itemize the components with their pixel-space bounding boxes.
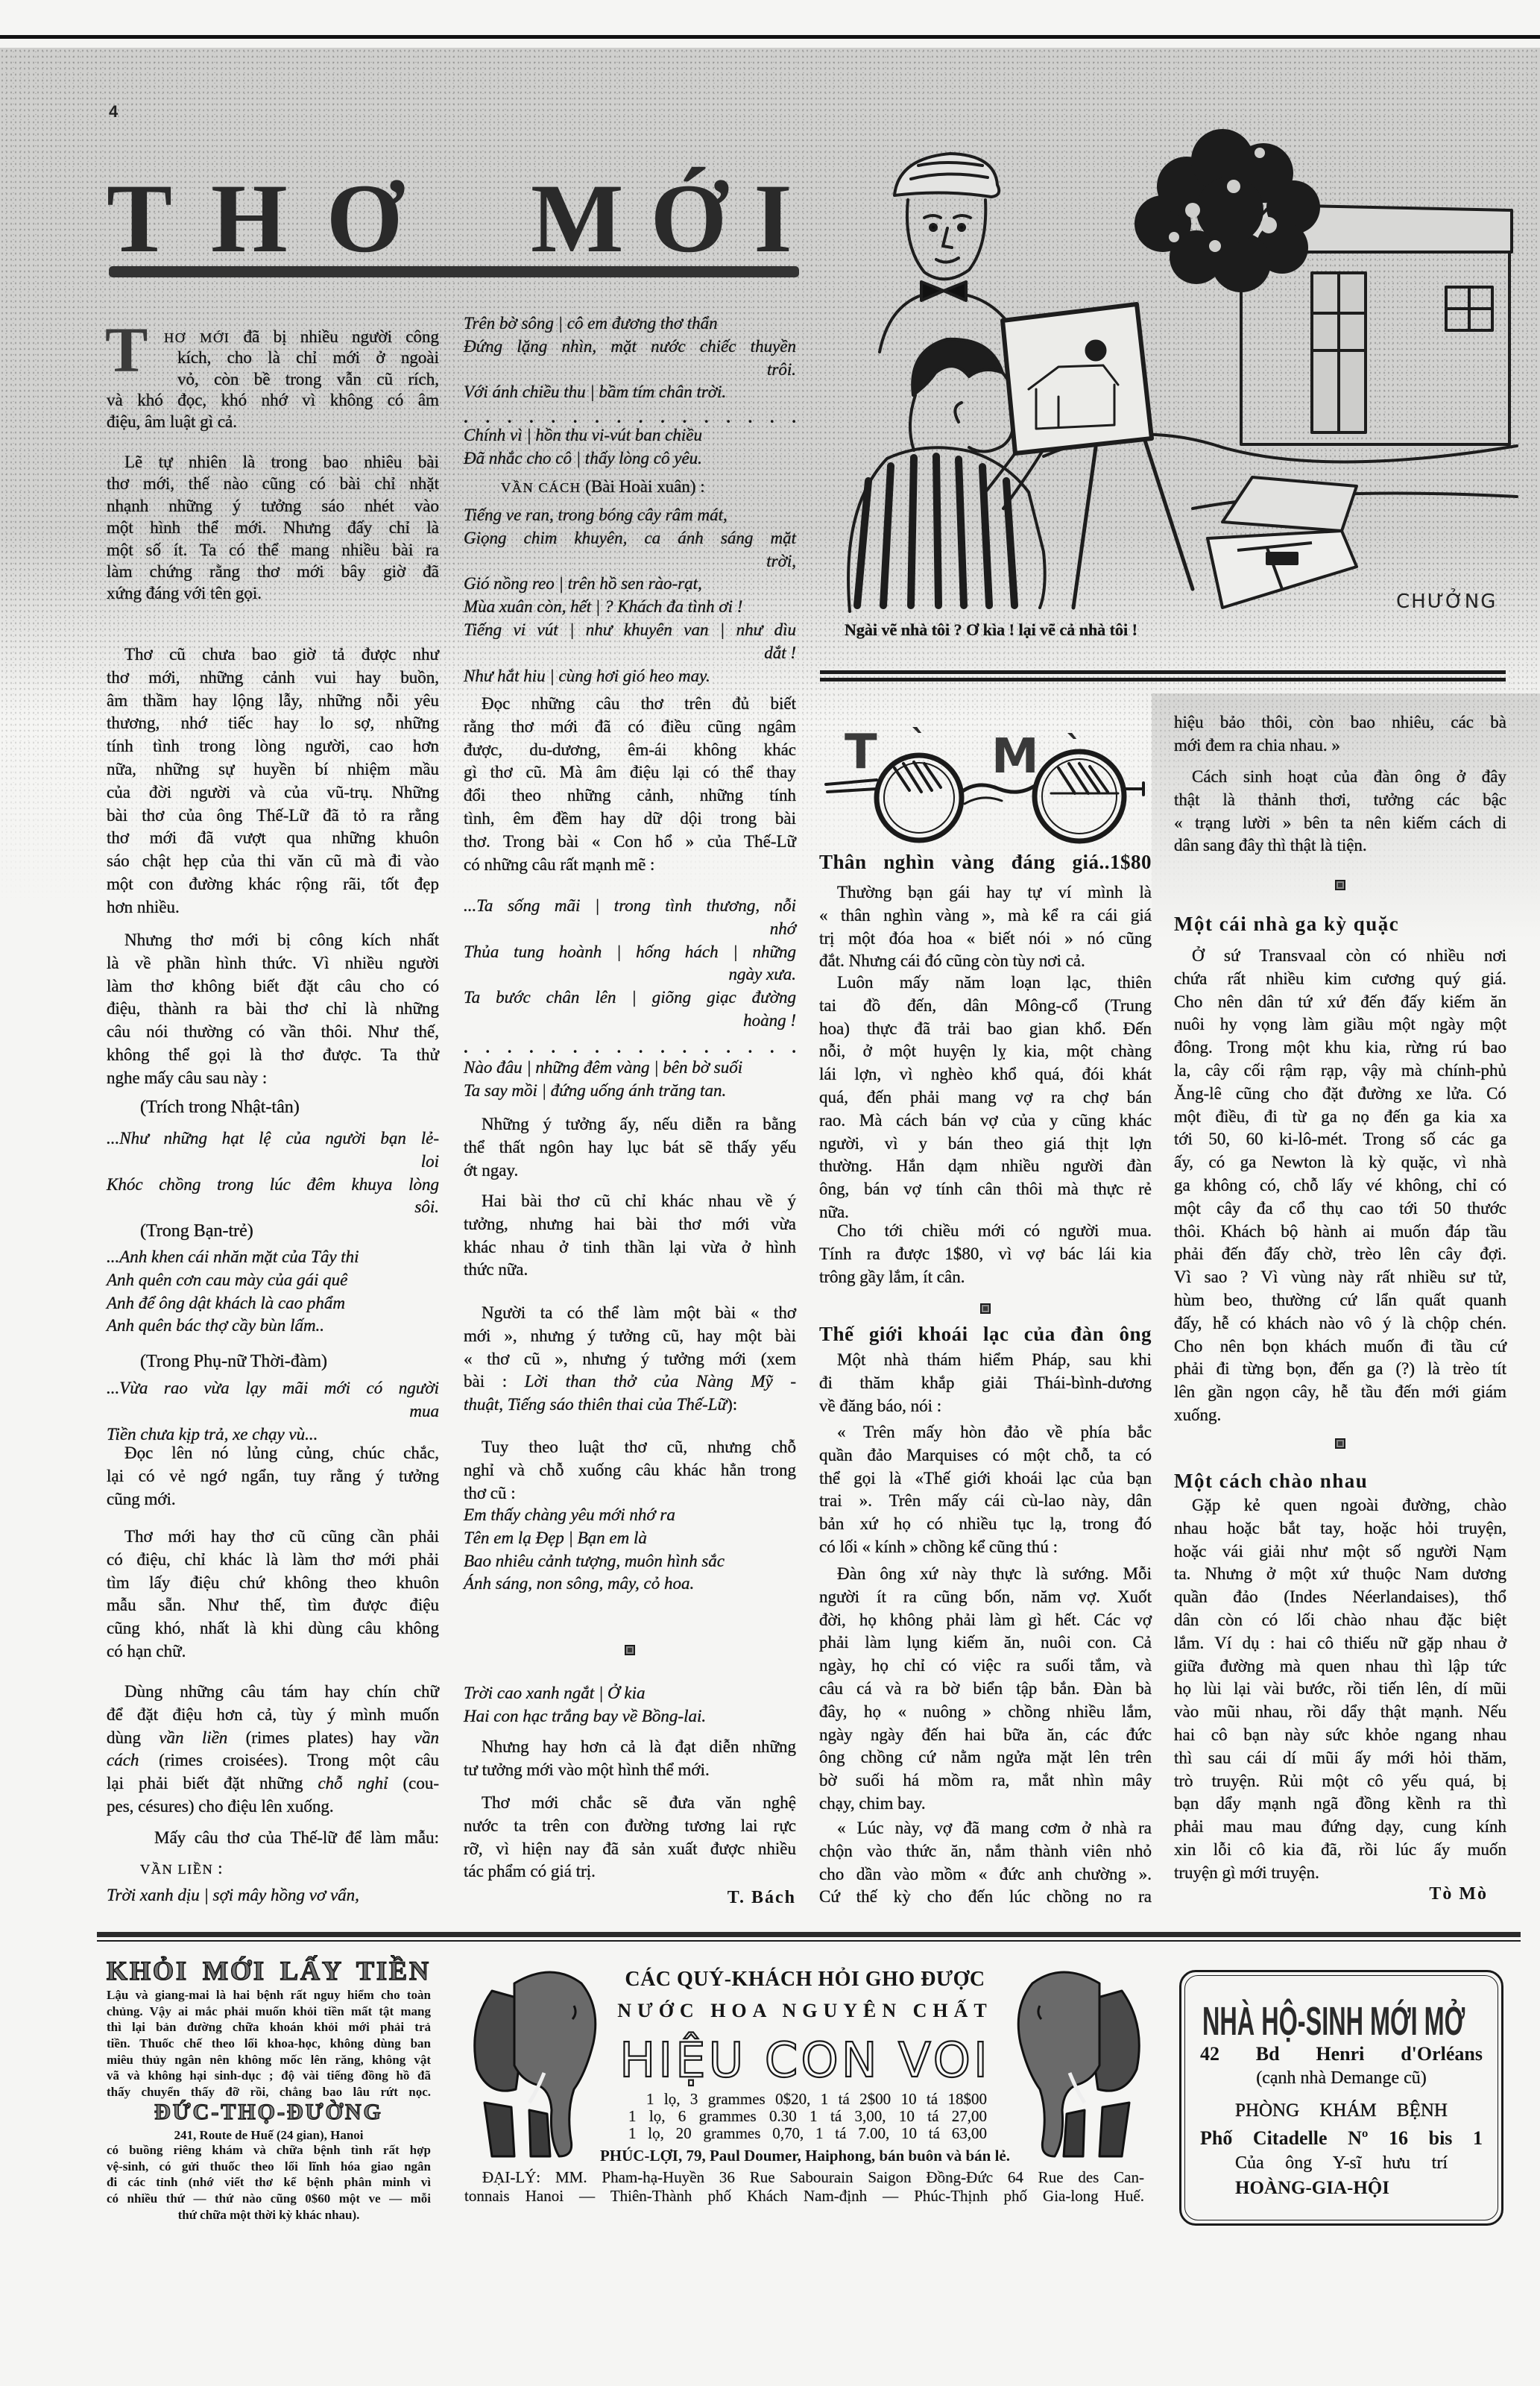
text-line: vỏ, còn bề trong vẫn cũ rích,: [107, 369, 439, 390]
paragraph: Đọc lên nó lủng củng, chúc chắc,lại có v…: [107, 1442, 439, 1511]
italic-run: vần: [414, 1728, 439, 1747]
text-run: ):: [727, 1395, 737, 1414]
verse-line: Đã nhắc cho cô | thấy lòng cô yêu.: [464, 447, 796, 470]
ad-details: có buồng riêng khám và chữa bệnh tình rấ…: [107, 2142, 431, 2223]
text-line: ga không có, chỗ lấy vé không, chỉ có: [1174, 1174, 1506, 1197]
text-line: nước ta trên con đường tương lai rực: [464, 1815, 796, 1838]
text-line: trị một đóa hoa « biết nói » nó cũng: [819, 928, 1152, 951]
text-line: làm chứng rằng thơ mới bây giờ đã: [107, 561, 439, 582]
paragraph: Nhưng thơ mới bị công kích nhấtlà về phầ…: [107, 929, 439, 1090]
text-line: nghe mấy câu sau này :: [107, 1067, 439, 1090]
text-line: phải làm lụng kiếm ăn, nuôi con. Cả: [819, 1631, 1152, 1655]
paragraph: Nhưng hay hơn cả là đạt diễn nhữngtư tưở…: [464, 1736, 796, 1782]
text-line: để đặt điệu hơn cả, tùy ý mình muốn: [107, 1704, 439, 1727]
smallcaps-run: VẦN CÁCH: [501, 480, 581, 495]
poem-source: (Trong Phụ-nữ Thời-đàm): [107, 1350, 439, 1373]
text-line: về đăng báo, nói :: [819, 1395, 1152, 1418]
text-line: Vì sao ? Vì vùng này rất nhiều sư tử,: [1174, 1266, 1506, 1289]
text-line: Thường bạn gái hay tự ví mình là: [819, 881, 1152, 904]
paragraph: Thơ mới hay thơ cũ cũng cần phảicó điệu,…: [107, 1526, 439, 1663]
text-line: cũng khó, nhất là khi dùng câu không: [107, 1617, 439, 1640]
text-line: làm thơ không biết đặt câu cho có: [107, 975, 439, 998]
text-line: « thân nghìn vàng », mà kể ra cái giá: [819, 904, 1152, 928]
italic-run: thuật, Tiếng sáo thiên thai của Thế-Lữ: [464, 1395, 727, 1414]
text-line: chủng. Vậy ai mắc phải muốn khỏi tiền mấ…: [107, 2003, 431, 2020]
verse-line: Mùa xuân còn, hết | ? Khách đa tình ơi !: [464, 596, 796, 619]
text-run: :: [213, 1859, 222, 1877]
paragraph: Thơ cũ chưa bao giờ tả được nhưthơ mới, …: [107, 643, 439, 919]
paragraph: Mấy câu thơ của Thế-lữ để làm mẫu:: [107, 1827, 439, 1850]
text-line: thơ cũ :: [464, 1482, 796, 1505]
text-line: Gặp kẻ quen ngoài đường, chào: [1174, 1494, 1506, 1517]
smallcaps-run: HƠ MỚI: [164, 330, 230, 345]
ad-address: 241, Route de Huế (24 gian), Hanoi: [107, 2127, 431, 2144]
text-line: thể gọi là «Thế giới khoái lạc của bạn: [819, 1467, 1152, 1491]
text-line: ông chồng cứ nằm ngửa mặt lên trên: [819, 1746, 1152, 1769]
text-line: pes, césures) cho điệu lên xuống.: [107, 1795, 439, 1819]
text-line: tính tình trong lòng người, cao hơn: [107, 735, 439, 758]
text-line: người ít ra cũng bốn, năm vợ. Xuốt: [819, 1586, 1152, 1609]
paragraph: HƠ MỚI đã bị nhiều người côngkích, cho l…: [107, 327, 439, 432]
text-line: một số ít. Ta có thể mang nhiều bài ra: [107, 539, 439, 561]
verse-wrap: trôi.: [464, 359, 796, 382]
text-run: bài :: [464, 1372, 525, 1391]
text-line: thức nữa.: [464, 1259, 796, 1282]
ad-khoi-moi-lay-tien: KHỎI MỚI LẤY TIỀN Lậu và giang-mai là ha…: [107, 1942, 431, 2241]
verse-line: ...Như những hạt lệ của người bạn lẻ-: [107, 1127, 439, 1150]
text-line: phải đi từng bọn, đến ga (?) là trèo tít: [1174, 1358, 1506, 1381]
text-line: thì lại bản đường chữa khoán khỏi mới ph…: [107, 2019, 431, 2036]
verse-line: Trên bờ sông | cô em đương thơ thẩn: [464, 312, 796, 336]
verse-line: Khóc chồng trong lúc đêm khuya lòng: [107, 1174, 439, 1197]
paragraph: « Trên mấy hòn đảo về phía bắcquần đảo M…: [819, 1421, 1152, 1559]
text-line: đi thăm khắp giải Thái-bình-dương: [819, 1372, 1152, 1395]
text-line: Dùng những câu tám hay chín chữ: [107, 1681, 439, 1704]
text-run: đã bị nhiều người công: [230, 327, 439, 346]
text-line: hoặc vái giải như một số người Nạm: [1174, 1540, 1506, 1564]
text-line: thương, nhớ tiếc hay lo sợ, những: [107, 712, 439, 735]
text-line: đắt. Nhưng cái đó cũng còn tùy nơi cả.: [819, 950, 1152, 973]
text-line: dùng vần liền (rimes plates) hay vần: [107, 1727, 439, 1750]
text-line: kích, cho là chỉ mới ở ngoài: [107, 347, 439, 368]
italic-run: vần liền: [159, 1728, 227, 1747]
text-line: Mấy câu thơ của Thế-lữ để làm mẫu:: [107, 1827, 439, 1850]
text-line: Cho nên bọn khách muốn đi tầu cứ: [1174, 1335, 1506, 1359]
text-line: tư tưởng mới vào một hình thể mới.: [464, 1759, 796, 1782]
section-heading: Một cách chào nhau: [1174, 1468, 1506, 1493]
text-line: lên gần ngọn cây, hễ tầu đến mới giám: [1174, 1381, 1506, 1404]
paragraph: Luôn mấy năm loạn lạc, thiêntai đồ đến, …: [819, 972, 1152, 1224]
text-line: bờ suối há mồm ra, mắt nhìn mây: [819, 1769, 1152, 1792]
ornament-icon: [980, 1303, 991, 1314]
ad-brand: ĐỨC-THỌ-ĐƯỜNG: [107, 2100, 431, 2125]
section-heading: Thế giới khoái lạc của đàn ông: [819, 1321, 1152, 1347]
paragraph: Những ý tưởng ấy, nếu diễn ra bằngthể th…: [464, 1113, 796, 1182]
verse-wrap: sôi.: [107, 1196, 439, 1219]
text-line: thôi. Khách bộ hành ai muốn đáp tầu: [1174, 1221, 1506, 1244]
ads-rule-thin: [97, 1940, 1521, 1942]
poem-source: (Trích trong Nhật-tân): [107, 1096, 439, 1119]
verse-line: Với ánh chiều thu | bầm tím chân trời.: [464, 381, 796, 404]
verse-line: Thủa tung hoành | hống hách | những: [464, 941, 796, 964]
verse-line: Ta say mồi | đứng uống ánh trăng tan.: [464, 1080, 796, 1103]
text-line: nhau hoặc bắt tay, hoặc hỏi truyện,: [1174, 1517, 1506, 1540]
text-line: một cây đa cổ thụ cao tới 50 thước: [1174, 1197, 1506, 1221]
text-line: ấy, có ga Newton là kỳ quặc, vì nhà: [1174, 1151, 1506, 1174]
text-line: nữa, những sự huyền bí nhiệm mầu: [107, 758, 439, 781]
text-line: 1 lọ, 3 grammes 0$20, 1 tá 2$00 10 tá 18…: [628, 2091, 987, 2108]
text-line: vệ-sinh, có gửi thuốc theo lối lĩnh hóa …: [107, 2159, 431, 2175]
verse-line: Em thấy chàng yêu mới nhớ ra: [464, 1504, 796, 1527]
text-line: bài thơ của ông Thế-Lữ đã tỏ ra rằng: [107, 805, 439, 828]
text-line: Tuy theo luật thơ cũ, nhưng chỗ: [464, 1436, 796, 1459]
text-line: có những câu rất mạnh mẽ :: [464, 854, 796, 877]
verse-line: Như hắt hiu | cùng hơi gió heo may.: [464, 665, 796, 688]
ad-owner: HOÀNG-GIA-HỘI: [1235, 2177, 1448, 2200]
text-line: lái lợn, vì nghèo khổ quá, đói khát: [819, 1063, 1152, 1086]
verse-line: Đứng lặng nhìn, mặt nước chiếc thuyền: [464, 336, 796, 359]
text-line: chạy, chim bay.: [819, 1792, 1152, 1816]
text-line: phải mau mau đứng dạy, cung kính: [1174, 1816, 1506, 1839]
verse-line: Tên em lạ Đẹp | Bạn em là: [464, 1527, 796, 1550]
ad-address-note: (cạnh nhà Demange cũ): [1179, 2067, 1503, 2089]
verse-line: Trời cao xanh ngắt | Ở kia: [464, 1682, 796, 1705]
text-line: thể thất ngôn hay lục bát sẽ thấy yếu: [464, 1136, 796, 1159]
text-line: đấy, hễ có khách nào vô ý là chộp chén.: [1174, 1312, 1506, 1335]
paragraph: « Lúc này, vợ đã mang cơm ở nhà rachộn v…: [819, 1817, 1152, 1909]
text-line: cho dần vào mồm « đức anh chường ».: [819, 1863, 1152, 1886]
text-line: câu cá và ra bờ biển tập bắn. Đàn bà: [819, 1678, 1152, 1701]
text-run: (cou-: [388, 1774, 440, 1792]
verse-line: Bao nhiêu cảnh tượng, muôn hình sắc: [464, 1550, 796, 1573]
paragraph: Một nhà thám hiểm Pháp, sau khiđi thăm k…: [819, 1349, 1152, 1417]
ornament-icon: [1335, 1438, 1345, 1449]
verse-line: Ta bước chân lên | giõng giạc đường: [464, 986, 796, 1010]
text-run: (rimes plates) hay: [227, 1728, 414, 1747]
text-line: rỡ, vì hiện nay đã sản xuất được nhiều: [464, 1838, 796, 1861]
verse-line: Anh quên bác thợ cầy bùn lấm..: [107, 1315, 439, 1338]
text-line: một điều, đi từ ga nọ đến ga kia xa: [1174, 1106, 1506, 1129]
verse-line: Gió nồng reo | trên hồ sen rào-rạt,: [464, 573, 796, 596]
text-line: hai cô bạn này sức khỏe ngang nhau: [1174, 1724, 1506, 1747]
text-line: Cho nên dân tứ xứ đến đấy kiếm ăn: [1174, 991, 1506, 1014]
text-line: « Lúc này, vợ đã mang cơm ở nhà ra: [819, 1817, 1152, 1840]
text-line: Tính ra được 1$80, vì vợ bác lái kia: [819, 1243, 1152, 1266]
text-line: trò truyện. Rủi một cô yếu quá, bị: [1174, 1770, 1506, 1793]
author-signature: T. Bách: [464, 1886, 796, 1910]
ad-body: Lậu và giang-mai là hai bệnh rất nguy hi…: [107, 1987, 431, 2100]
text-line: ta. Nhưng ở một xứ thuộc Nam dương: [1174, 1563, 1506, 1586]
text-line: quần đảo Marquises có một chỗ, ta có: [819, 1444, 1152, 1467]
text-line: đổi theo những cảnh, những tính: [464, 784, 796, 808]
text-run: dùng: [107, 1728, 159, 1747]
text-line: VẦN LIỀN :: [107, 1857, 439, 1880]
italic-run: cách: [107, 1751, 139, 1769]
text-line: thì sau cái dí mũi ấy mới hỏi thăm,: [1174, 1747, 1506, 1770]
text-line: điệu, âm luật gì cả.: [107, 412, 439, 432]
rhyme-label: VẦN CÁCH (Bài Hoài xuân) :: [464, 476, 796, 499]
ad-hieu-con-voi: CÁC QUÝ-KHÁCH HỎI GHO ĐƯỢC NƯỚC HOA NGUY…: [462, 1942, 1148, 2241]
text-line: mới », nhưng ý tưởng cũ, hay một bài: [464, 1325, 796, 1348]
text-line: truyện gì mới truyện.: [1174, 1862, 1506, 1885]
text-line: nuôi hy vọng làm giầu một ngày một: [1174, 1013, 1506, 1036]
poem: Nào đâu | những đêm vàng | bên bờ suốiTa…: [464, 1057, 796, 1103]
text-line: xin lỗi cô kia đã, rồi lúc ấy muốn: [1174, 1839, 1506, 1862]
verse-wrap: loi: [107, 1150, 439, 1174]
verse-wrap: dắt !: [464, 642, 796, 665]
text-line: quần đảo (Indes Néerlandaises), thổ: [1174, 1586, 1506, 1609]
text-line: 1 lọ, 6 grammes 0.30 1 tá 3,00, 10 tá 27…: [628, 2108, 987, 2125]
poem: Trời xanh dịu | sợi mây hồng vơ vẩn,: [107, 1884, 439, 1907]
poem: Chính vì | hồn thu vi-vút ban chiềuĐã nh…: [464, 424, 796, 470]
paragraph: Dùng những câu tám hay chín chữđể đặt đi…: [107, 1681, 439, 1819]
text-line: Một nhà thám hiểm Pháp, sau khi: [819, 1349, 1152, 1372]
text-line: Luôn mấy năm loạn lạc, thiên: [819, 972, 1152, 995]
text-line: thơ mới, những cảnh vui hay buồn,: [107, 667, 439, 690]
text-line: Cứ thế kỳ cho đến lúc chồng no ra: [819, 1886, 1152, 1909]
text-line: mẫu sẵn. Như thế, tìm được điệu: [107, 1594, 439, 1617]
verse-line: Tiếng ve ran, trong bóng cây râm mát,: [464, 504, 796, 527]
text-line: lại có vẻ ngớ ngẩn, tuy rằng ý tưởng: [107, 1465, 439, 1488]
text-line: hơn nhiều.: [107, 896, 439, 919]
text-line: tai đồ đến, dân Mông-cổ (Trung: [819, 995, 1152, 1018]
ad-seller: PHÚC-LỢI, 79, Paul Doumer, Haiphong, bán…: [462, 2147, 1148, 2165]
text-line: và khó đọc, khó nhớ vì không có âm: [107, 390, 439, 411]
italic-run: Lời than thở của Nàng Mỹ -: [525, 1372, 796, 1391]
verse-wrap: ngày xưa.: [464, 963, 796, 986]
text-line: Cho tới chiều mới có người mua.: [819, 1220, 1152, 1243]
text-line: thật là thảnh thơi, tưởng các bậc: [1174, 789, 1506, 812]
text-line: thuật, Tiếng sáo thiên thai của Thế-Lữ):: [464, 1394, 796, 1417]
text-line: xuống.: [1174, 1404, 1506, 1427]
text-line: vã và không hại sinh-dục ; độ vài tiếng …: [107, 2068, 431, 2084]
text-line: vào mũi nhau, rồi dẩy thật mạnh. Nếu: [1174, 1701, 1506, 1724]
paragraph: Tuy theo luật thơ cũ, nhưng chỗnghỉ và c…: [464, 1436, 796, 1505]
verse-line: Anh để ông dật khách là cao phẩm: [107, 1292, 439, 1315]
verse-line: ...Vừa rao vừa lạy mãi mới có người: [107, 1377, 439, 1400]
text-line: Đọc những câu thơ trên đủ biết: [464, 693, 796, 716]
ad-title: NHÀ HỘ-SINH MỚI MỞ: [1202, 2001, 1465, 2042]
text-line: Người ta có thể làm một bài « thơ: [464, 1302, 796, 1325]
ad-address: 42 Bd Henri d'Orléans: [1200, 2043, 1483, 2065]
verse-wrap: hoàng !: [464, 1010, 796, 1033]
text-line: ngày ngày đến hai bữa ăn, các đức: [819, 1724, 1152, 1747]
text-line: Nhưng thơ mới bị công kích nhất: [107, 929, 439, 952]
text-line: thường. Hắn dạm nhiều người đàn: [819, 1155, 1152, 1178]
paragraph: hiệu bảo thôi, còn bao nhiêu, các bàmới …: [1174, 711, 1506, 758]
text-line: âm thầm hay lộng lẫy, những nỗi yêu: [107, 690, 439, 713]
text-line: có điệu, chỉ khác là làm thơ mới phải: [107, 1549, 439, 1572]
text-line: ớt ngay.: [464, 1159, 796, 1183]
text-line: có lối « kính » chồng kể cũng thú :: [819, 1536, 1152, 1559]
ad-clinic: PHÒNG KHÁM BỆNH: [1235, 2100, 1448, 2122]
text-run: (Bài Hoài xuân) :: [581, 477, 705, 496]
text-line: tình, êm đềm hay dữ dội trong bài: [464, 808, 796, 831]
text-line: đi các tỉnh (nhớ viết thơ kể bệnh phân m…: [107, 2174, 431, 2191]
text-line: chộn vào thức ăn, nắm thành viên nhỏ: [819, 1840, 1152, 1863]
ornament-icon: [625, 1645, 635, 1655]
text-line: Đọc lên nó lủng củng, chúc chắc,: [107, 1442, 439, 1465]
ad-title: KHỎI MỚI LẤY TIỀN: [107, 1956, 431, 1986]
paragraph: Cách sinh hoạt của đàn ông ở đâythật là …: [1174, 766, 1506, 857]
ad-brand: HIỆU CON VOI: [462, 2035, 1148, 2087]
text-line: tưởng, nhưng hai bài thơ mới vừa: [464, 1213, 796, 1236]
verse-line: Trời xanh dịu | sợi mây hồng vơ vẩn,: [107, 1884, 439, 1907]
text-line: thấy chuyển thấy đỡ rồi, chẳng bao lâu r…: [107, 2084, 431, 2100]
text-line: nỗi, ở một huyện lỵ kia, một chàng: [819, 1040, 1152, 1063]
paragraph: Hai bài thơ cũ chỉ khác nhau về ýtưởng, …: [464, 1190, 796, 1282]
text-line: bạn dẩy mạnh ngã đồng kềnh ra thì: [1174, 1792, 1506, 1816]
text-line: « trạng lười » bên ta nên kiếm cách di: [1174, 812, 1506, 835]
poem: Tiếng ve ran, trong bóng cây râm mát,Giọ…: [464, 504, 796, 687]
text-line: thứ chữa một thời kỳ khác nhau).: [107, 2207, 431, 2223]
paragraph: Cho tới chiều mới có người mua.Tính ra đ…: [819, 1220, 1152, 1288]
text-line: Những ý tưởng ấy, nếu diễn ra bằng: [464, 1113, 796, 1136]
text-line: nghỉ và chỗ xuống câu khác hẳn trong: [464, 1459, 796, 1482]
verse-line: ...Anh khen cái nhăn mặt của Tây thi: [107, 1246, 439, 1269]
italic-run: chỗ nghỉ: [318, 1774, 388, 1792]
text-line: Thơ mới hay thơ cũ cũng cần phải: [107, 1526, 439, 1549]
text-line: lại phải biết đặt những chỗ nghỉ (cou-: [107, 1772, 439, 1795]
paragraph: Lẽ tự nhiên là trong bao nhiêu bàithơ mớ…: [107, 451, 439, 605]
text-line: ông, bán vợ tính cân thôi mà thực rẻ: [819, 1178, 1152, 1201]
text-line: tới 50, 60 ki-lô-mét. Trong số các ga: [1174, 1128, 1506, 1151]
verse-line: ...Ta sống mãi | trong tình thương, nỗi: [464, 895, 796, 918]
verse-line: Giọng chim khuyên, ca ánh sáng mặt: [464, 527, 796, 550]
text-line: một hình thể mới. Nhưng đấy chỉ là: [107, 517, 439, 538]
text-line: được, du-dương, êm-ái không khác: [464, 739, 796, 762]
text-line: rằng thơ mới đã có điều cũng ngâm: [464, 716, 796, 739]
poem: ...Vừa rao vừa lạy mãi mới có ngườimuaTi…: [107, 1377, 439, 1446]
text-line: một con đường khác rộng rãi, tốt đẹp: [107, 873, 439, 896]
text-line: không thể gọi là thơ được. Ta thử: [107, 1044, 439, 1067]
text-line: lắm. Ví dụ : hai cô thiếu nữ gặp nhau ở: [1174, 1632, 1506, 1655]
text-line: tiền. Thuốc chế theo lối khoa-học, không…: [107, 2036, 431, 2052]
text-line: Thơ cũ chưa bao giờ tả được như: [107, 643, 439, 667]
section-heading: Một cái nhà ga kỳ quặc: [1174, 911, 1506, 937]
text-line: quá, đến phải mang vợ ra chợ bán: [819, 1086, 1152, 1109]
text-line: Nhưng hay hơn cả là đạt diễn những: [464, 1736, 796, 1759]
text-line: Hai bài thơ cũ chỉ khác nhau về ý: [464, 1190, 796, 1213]
text-line: câu nói thường có vần thôi. Như thế,: [107, 1021, 439, 1044]
text-line: Đàn ông xứ này thực là sướng. Mỗi: [819, 1563, 1152, 1586]
text-line: Lậu và giang-mai là hai bệnh rất nguy hi…: [107, 1987, 431, 2003]
text-run: (rimes croisées). Trong một câu: [139, 1751, 439, 1769]
ad-clinic-address: Phố Citadelle Nº 16 bis 1: [1200, 2127, 1483, 2150]
verse-line: Chính vì | hồn thu vi-vút ban chiều: [464, 424, 796, 447]
poem-source: (Trong Bạn-trẻ): [107, 1220, 439, 1243]
text-line: ĐẠI-LÝ: MM. Pham-hạ-Huyền 36 Rue Saboura…: [464, 2168, 1144, 2187]
text-line: Cách sinh hoạt của đàn ông ở đây: [1174, 766, 1506, 789]
ad-owner-line: Của ông Y-sĩ hưu trí: [1235, 2152, 1448, 2174]
text-line: đông. Trong một khu kia, rừng rú bao: [1174, 1036, 1506, 1060]
text-line: họ lùi lại vài bước, rồi tiến lên, dí mũ…: [1174, 1678, 1506, 1701]
text-line: mới đem ra chia nhau. »: [1174, 734, 1506, 758]
text-line: miêu thủy ngân nên không mốc lên răng, k…: [107, 2052, 431, 2068]
text-line: VẦN CÁCH (Bài Hoài xuân) :: [464, 476, 796, 499]
text-line: giữa đường mà quen nhau thì lập tức: [1174, 1655, 1506, 1678]
text-line: có nhiều thứ — thứ nào cũng 0$60 một ve …: [107, 2191, 431, 2207]
text-line: Ở sứ Transvaal còn có nhiều nơi: [1174, 945, 1506, 968]
text-line: có buồng riêng khám và chữa bệnh tình rấ…: [107, 2142, 431, 2159]
verse-line: Tiếng vi vút | như khuyên van | như dìu: [464, 619, 796, 642]
text-line: phải đến đấy chờ, trèo lên cây đợi.: [1174, 1243, 1506, 1266]
verse-line: Hai con hạc trắng bay về Bồng-lai.: [464, 1705, 796, 1728]
text-line: bài : Lời than thở của Nàng Mỹ -: [464, 1370, 796, 1394]
text-line: dân còn có lối chào nhau đặc biệt: [1174, 1609, 1506, 1632]
rhyme-label: VẦN LIỀN :: [107, 1857, 439, 1880]
poem: ...Anh khen cái nhăn mặt của Tây thiAnh …: [107, 1246, 439, 1338]
text-line: trai ». Trên mấy cái cù-lao này, dân: [819, 1490, 1152, 1513]
text-line: tác phẩm có giá trị.: [464, 1860, 796, 1883]
text-line: tìm lấy điệu chứ không theo khuôn: [107, 1572, 439, 1595]
text-line: HƠ MỚI đã bị nhiều người công: [107, 327, 439, 347]
ad-headline: CÁC QUÝ-KHÁCH HỎI GHO ĐƯỢC: [462, 1967, 1148, 1992]
text-line: thơ mới đã vượt qua những khuôn: [107, 827, 439, 850]
text-line: Lẽ tự nhiên là trong bao nhiêu bài: [107, 451, 439, 473]
ad-subheadline: NƯỚC HOA NGUYÊN CHẤT: [462, 1998, 1148, 2024]
verse-wrap: mua: [107, 1400, 439, 1423]
text-line: gì thơ cũ. Mà âm điệu lại có thể thay: [464, 761, 796, 784]
text-line: tonnais Hanoi — Thiên-Thành phố Khách Na…: [464, 2187, 1144, 2206]
text-line: điệu, thành ra bài thơ chỉ là những: [107, 998, 439, 1021]
ornament-icon: [1335, 880, 1345, 890]
text-line: thơ mới, thế nào cũng có bài chỉ nhặt: [107, 473, 439, 494]
text-line: chứa rất nhiều kim cương quý giá.: [1174, 968, 1506, 991]
text-line: xứng đáng với tên gọi.: [107, 582, 439, 604]
text-line: sáo chật hẹp của thi văn cũ mà đi vào: [107, 850, 439, 873]
ad-price-list: 1 lọ, 3 grammes 0$20, 1 tá 2$00 10 tá 18…: [628, 2091, 987, 2142]
text-line: hùm beo, thường cứ lẩn quất quanh: [1174, 1289, 1506, 1312]
verse-line: Anh quên cơn cau mày của gái quê: [107, 1269, 439, 1292]
text-line: ngày, họ chỉ có việc ra suối tắm, và: [819, 1655, 1152, 1678]
verse-line: Nào đâu | những đêm vàng | bên bờ suối: [464, 1057, 796, 1080]
paragraph: Đàn ông xứ này thực là sướng. Mỗingười í…: [819, 1563, 1152, 1816]
verse-wrap: trời,: [464, 550, 796, 573]
text-line: người, vì y bán theo giá thịt lợn: [819, 1133, 1152, 1156]
text-line: đời, họ không phải làm gì hết. Các vợ: [819, 1609, 1152, 1632]
text-line: « Trên mấy hòn đảo về phía bắc: [819, 1421, 1152, 1444]
author-signature: Tò Mò: [1174, 1883, 1506, 1906]
paragraph: Ở sứ Transvaal còn có nhiều nơichứa rất …: [1174, 945, 1506, 1427]
text-line: cách (rimes croisées). Trong một câu: [107, 1749, 439, 1772]
ads-rule-thick: [97, 1932, 1521, 1937]
text-line: thơ. Trong bài « Con hổ » của Thế-Lữ: [464, 831, 796, 854]
paragraph: Người ta có thể làm một bài « thơmới », …: [464, 1302, 796, 1417]
paragraph: Đọc những câu thơ trên đủ biếtrằng thơ m…: [464, 693, 796, 876]
verse-wrap: nhớ: [464, 918, 796, 941]
text-line: Thơ mới chắc sẽ đưa văn nghệ: [464, 1792, 796, 1815]
text-line: dân sang đây thì thật là tiện.: [1174, 834, 1506, 857]
text-line: bản xứ họ có nhiều tục lạ, trong đó: [819, 1513, 1152, 1536]
text-line: rao. Mà cách bán vợ của y cũng khác: [819, 1109, 1152, 1133]
text-line: hoa) thực đã trải bao gian khổ. Đến: [819, 1018, 1152, 1041]
ad-nha-ho-sinh: NHÀ HỘ-SINH MỚI MỞ 42 Bd Henri d'Orléans…: [1179, 1970, 1503, 2226]
paragraph: Gặp kẻ quen ngoài đường, chàonhau hoặc b…: [1174, 1494, 1506, 1885]
text-line: là về phần hình thức. Vì nhiều người: [107, 952, 439, 975]
poem: Trên bờ sông | cô em đương thơ thẩnĐứng …: [464, 312, 796, 404]
smallcaps-run: VẦN LIỀN: [140, 1862, 213, 1877]
text-line: có hạn chữ.: [107, 1640, 439, 1663]
text-line: nhạnh những ý tưởng sáo nhét vào: [107, 495, 439, 517]
text-line: cũng mới.: [107, 1488, 439, 1511]
text-line: « thơ cũ », nhưng ý tưởng mới (xem: [464, 1348, 796, 1371]
text-line: trông gầy lắm, ít cân.: [819, 1266, 1152, 1289]
paragraph: Thường bạn gái hay tự ví mình là« thân n…: [819, 881, 1152, 973]
text-run: lại phải biết đặt những: [107, 1774, 318, 1792]
poem: ...Ta sống mãi | trong tình thương, nỗin…: [464, 895, 796, 1033]
text-line: của đời người và của vũ-trụ. Những: [107, 781, 439, 805]
